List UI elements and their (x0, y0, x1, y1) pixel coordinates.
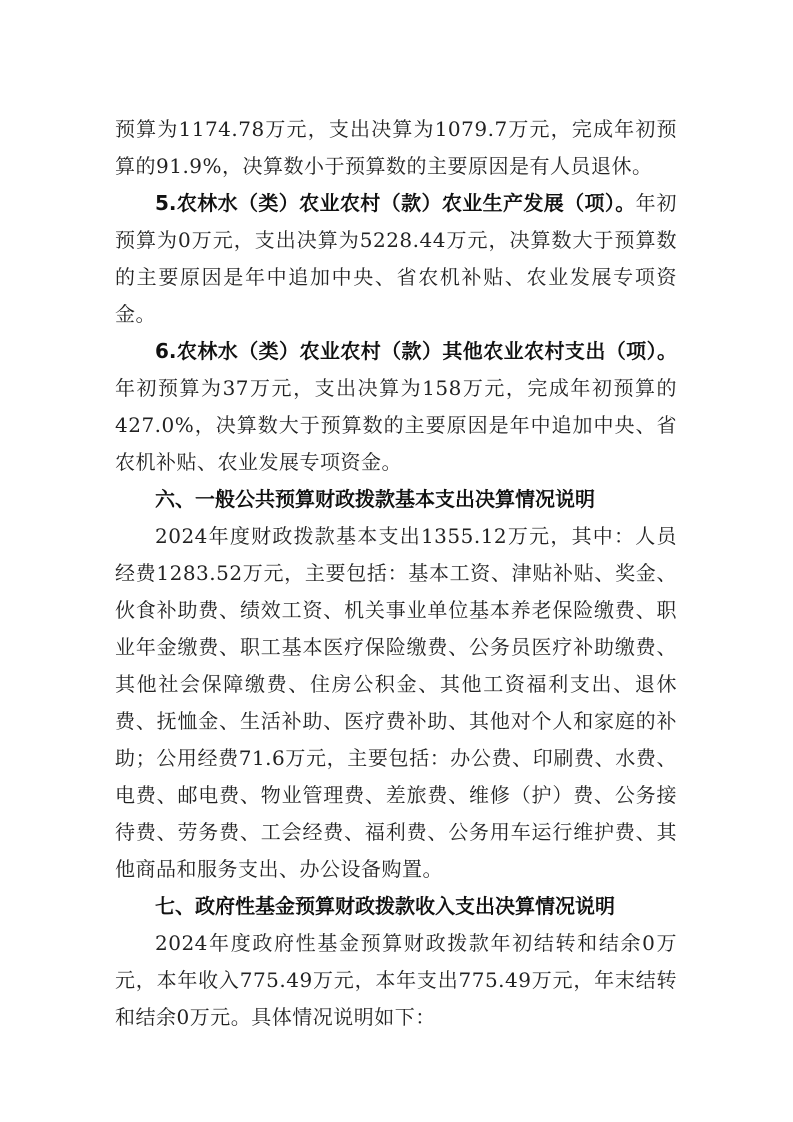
section-7-body: 2024年度政府性基金预算财政拨款年初结转和结余0万元，本年收入775.49万元… (115, 925, 677, 1036)
item-5-title: 5.农林水（类）农业农村（款）农业生产发展（项）。 (155, 191, 636, 215)
item-6-title: 6.农林水（类）农业农村（款）其他农业农村支出（项）。 (155, 339, 677, 363)
section-6-body: 2024年度财政拨款基本支出1355.12万元，其中：人员经费1283.52万元… (115, 518, 677, 888)
paragraph-item-5: 5.农林水（类）农业农村（款）农业生产发展（项）。年初预算为0万元，支出决算为5… (115, 185, 677, 333)
document-page: 预算为1174.78万元，支出决算为1079.7万元，完成年初预算的91.9%，… (115, 111, 677, 1036)
section-7-heading: 七、政府性基金预算财政拨款收入支出决算情况说明 (115, 888, 677, 925)
section-6-heading: 六、一般公共预算财政拨款基本支出决算情况说明 (115, 481, 677, 518)
paragraph-budget-continuation: 预算为1174.78万元，支出决算为1079.7万元，完成年初预算的91.9%，… (115, 111, 677, 185)
paragraph-item-6: 6.农林水（类）农业农村（款）其他农业农村支出（项）。年初预算为37万元，支出决… (115, 333, 677, 481)
item-6-body: 年初预算为37万元，支出决算为158万元，完成年初预算的427.0%，决算数大于… (115, 376, 677, 474)
